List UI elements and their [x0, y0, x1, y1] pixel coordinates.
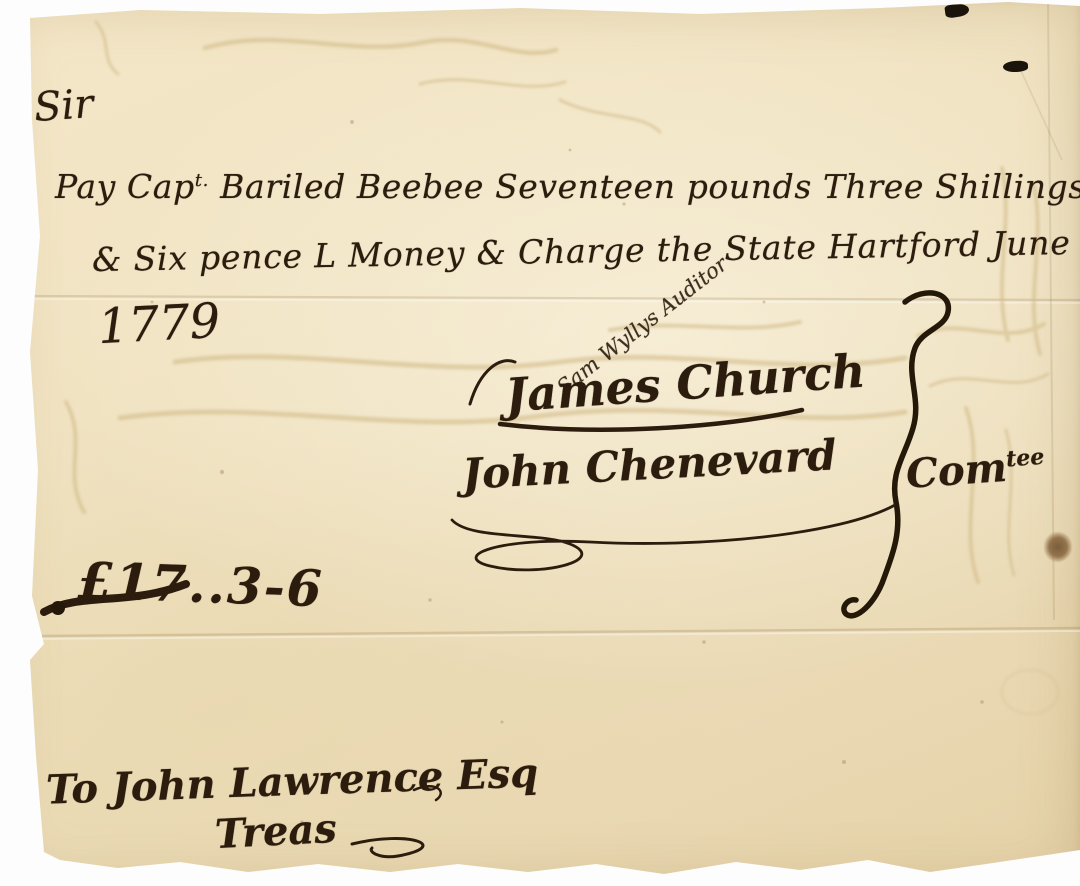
salutation-text: Sir — [33, 84, 95, 128]
committee-label: Comtee — [905, 445, 1046, 495]
amount-text: £17..3-6 — [77, 556, 324, 615]
chenevard-flourish — [452, 505, 895, 570]
addressee-role-text: Treas — [214, 809, 338, 855]
pay-order-line1-rest: Bariled Beebee Seventeen pounds Three Sh… — [209, 167, 1080, 206]
pay-order-line1: Pay Capt. Bariled Beebee Seventeen pound… — [55, 170, 1080, 203]
year-text: 1779 — [97, 297, 222, 351]
treas-swash — [352, 839, 423, 857]
addressee-text: To John Lawrence Esq — [45, 753, 538, 810]
pay-order-line2: & Six pence L Money & Charge the State H… — [92, 225, 1080, 276]
ink-blot-top-right-1 — [944, 2, 970, 18]
pay-order-line2-pre: & Six pence L Money & Charge the State H… — [92, 222, 1080, 279]
ink-blot-top-right-2 — [1003, 60, 1029, 73]
committee-superscript: tee — [1005, 444, 1045, 473]
paper-decoration-layer — [0, 0, 1080, 886]
manuscript-paper: Sir Pay Capt. Bariled Beebee Seventeen p… — [0, 0, 1080, 886]
brown-stain — [1044, 532, 1072, 562]
signature-john-chenevard: John Chenevard — [461, 434, 837, 496]
committee-pre: Com — [904, 444, 1008, 498]
document-scan: Sir Pay Capt. Bariled Beebee Seventeen p… — [0, 0, 1080, 886]
pay-order-line1-pre: Pay Cap — [55, 167, 195, 206]
capt-superscript: t. — [195, 170, 209, 191]
